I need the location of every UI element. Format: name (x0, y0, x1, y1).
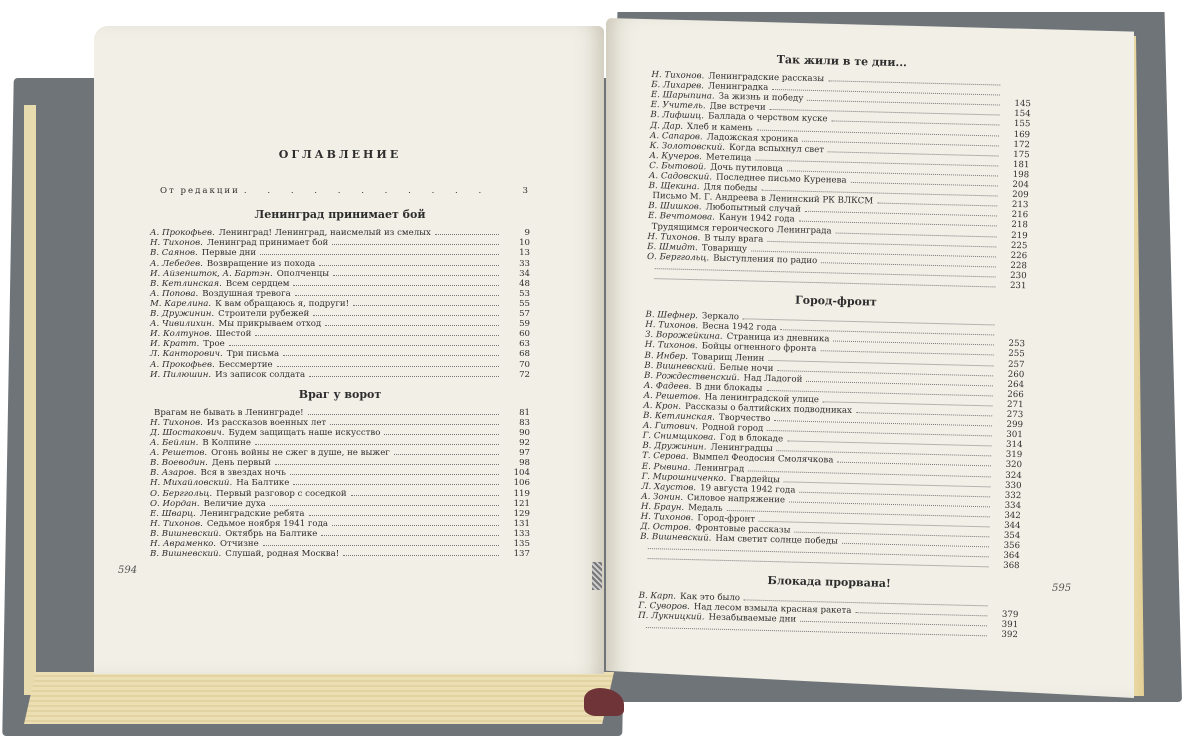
entry-page: 121 (502, 499, 530, 509)
toc-entry: А. Бейлин.В Колпине92 (150, 438, 530, 448)
entry-author: А. Прокофьев. (150, 228, 215, 238)
entry-page: 219 (1000, 230, 1028, 241)
entry-author: О. Берггольц. (150, 489, 212, 499)
section-title: Ленинград принимает бой (150, 210, 530, 220)
entry-page: 172 (1002, 139, 1030, 150)
entry-page: 216 (1000, 210, 1028, 221)
entry-page: 225 (999, 240, 1027, 251)
toc-title: ОГЛАВЛЕНИЕ (150, 150, 530, 160)
entry-leader (330, 424, 499, 425)
entry-page: 48 (502, 279, 530, 289)
entry-author: В. Кетлинская. (150, 279, 222, 289)
entry-page: 342 (993, 510, 1021, 521)
entry-page: 59 (502, 319, 530, 329)
entry-title: Возвращение из похода (207, 259, 315, 269)
toc-entry: А. Лебедев.Возвращение из похода33 (150, 259, 530, 269)
toc-entry: А. Решетов.Огонь войны не сжег в душе, н… (150, 448, 530, 458)
entry-page: 231 (998, 281, 1026, 292)
entry-leader (309, 376, 499, 377)
entry-leader (351, 495, 499, 496)
entry-page: 60 (502, 329, 530, 339)
page-block-edge-bottom (24, 672, 614, 724)
entry-page: 332 (993, 490, 1021, 501)
entry-title: Из записок солдата (215, 370, 305, 380)
entry-title: На Балтике (236, 478, 289, 488)
entry-leader (309, 515, 499, 516)
entry-page: 137 (502, 549, 530, 559)
entry-leader (270, 505, 499, 506)
entry-page: 344 (992, 520, 1020, 531)
entry-page: 83 (502, 418, 530, 428)
entry-page: 228 (999, 260, 1027, 271)
entry-author: В. Вишневский. (150, 549, 221, 559)
entry-leader (384, 434, 499, 435)
entry-page: 253 (997, 339, 1025, 350)
entry-leader (295, 295, 499, 296)
entry-author: Д. Шостакович. (150, 428, 224, 438)
entry-page: 391 (990, 619, 1018, 630)
toc-editorial-row: От редакции . . . . . . . . . . . . . . … (150, 186, 530, 198)
entry-leader (260, 254, 499, 255)
entry-page: 330 (993, 480, 1021, 491)
entry-page: 90 (502, 428, 530, 438)
entry-page: 392 (990, 629, 1018, 640)
entry-author: М. Карелина. (150, 299, 211, 309)
toc-entry: М. Карелина.К вам обращаюсь я, подруги!5… (150, 299, 530, 309)
entry-page: 260 (996, 369, 1024, 380)
entry-page: 68 (502, 349, 530, 359)
entry-title: День первый (212, 458, 271, 468)
entry-page: 133 (502, 529, 530, 539)
entry-leader (263, 545, 499, 546)
entry-title: Ленинград! Ленинград, наисмелый из смелы… (219, 228, 431, 238)
entry-leader (877, 203, 997, 207)
entry-page: 98 (502, 458, 530, 468)
entry-page: 131 (502, 519, 530, 529)
entry-leader (277, 366, 499, 367)
entry-leader (290, 474, 499, 475)
entry-title: Шестой (216, 329, 251, 339)
entry-leader (332, 525, 499, 526)
entry-page: 119 (502, 489, 530, 499)
entry-title: Первый разговор с соседкой (216, 489, 346, 499)
entry-title: Слушай, родная Москва! (225, 549, 339, 559)
entry-page: 266 (996, 389, 1024, 400)
toc-entry: Н. Тихонов.Ленинград принимает бой10 (150, 238, 530, 248)
entry-page: 9 (502, 228, 530, 238)
entry-title: Незабываемые дни (708, 612, 796, 624)
entry-leader (293, 285, 499, 286)
entry-page: 63 (502, 339, 530, 349)
entry-author: Е. Шварц. (150, 509, 196, 519)
entry-page: 33 (502, 259, 530, 269)
page-number-right: 595 (1052, 583, 1071, 594)
toc-entry: Л. Канторович.Три письма68 (150, 349, 530, 359)
entry-leader (308, 414, 499, 415)
entry-page: 273 (995, 409, 1023, 420)
entry-author: А. Бейлин. (150, 438, 198, 448)
entry-leader (319, 265, 499, 266)
entry-page: 319 (994, 450, 1022, 461)
entry-author: Н. Тихонов. (150, 519, 203, 529)
entry-leader (293, 484, 499, 485)
entry-page: 324 (994, 470, 1022, 481)
toc-entry: О. Иордан.Величие духа121 (150, 499, 530, 509)
entry-page: 55 (502, 299, 530, 309)
entry-author: И. Айзеншток, А. Бартэн. (150, 269, 273, 279)
toc-entry: И. Колтунов.Шестой60 (150, 329, 530, 339)
entry-page: 70 (502, 360, 530, 370)
entry-author: Н. Авраменко. (150, 539, 216, 549)
entry-page: 264 (996, 379, 1024, 390)
entry-title: Строители рубежей (218, 309, 309, 319)
entry-author: А. Чивилихин. (150, 319, 214, 329)
entry-page: 57 (502, 309, 530, 319)
entry-title: К вам обращаюсь я, подруги! (215, 299, 349, 309)
entry-page: 204 (1001, 180, 1029, 191)
entry-page: 364 (992, 551, 1020, 562)
left-sections: Ленинград принимает бойА. Прокофьев.Лени… (150, 210, 530, 559)
entry-title: Огонь войны не сжег в душе, не выжег (211, 448, 390, 458)
entry-leader (332, 244, 499, 245)
entry-leader (435, 234, 499, 235)
entry-page: 154 (1002, 109, 1030, 120)
entry-title: Врагам не бывать в Ленинграде! (154, 408, 304, 418)
entry-page: 255 (997, 349, 1025, 360)
toc-entry: А. Прокофьев.Ленинград! Ленинград, наисм… (150, 228, 530, 238)
entry-title: Ленинград принимает бой (207, 238, 328, 248)
entry-leader (648, 558, 989, 567)
entry-page: 53 (502, 289, 530, 299)
toc-entry: Н. Авраменко.Отчизне135 (150, 539, 530, 549)
entry-page (997, 326, 1025, 327)
entry-page: 301 (995, 430, 1023, 441)
entry-leader (229, 345, 499, 346)
entry-title: Трое (203, 339, 225, 349)
entry-page: 10 (502, 238, 530, 248)
entry-page (1003, 86, 1031, 87)
entry-leader (325, 325, 499, 326)
toc-entry: В. Воеводин.День первый98 (150, 458, 530, 468)
entry-leader (255, 335, 499, 336)
toc-entry: Д. Шостакович.Будем защищать наше искусс… (150, 428, 530, 438)
entry-page: 104 (502, 468, 530, 478)
entry-author: В. Воеводин. (150, 458, 208, 468)
entry-author: И. Колтунов. (150, 329, 212, 339)
entry-title: Мы прикрываем отход (218, 319, 321, 329)
toc-entry: А. Чивилихин.Мы прикрываем отход59 (150, 319, 530, 329)
entry-leader (333, 275, 499, 276)
entry-title: Воздушная тревога (202, 289, 291, 299)
section-title: Блокада прорвана! (639, 572, 1019, 591)
entry-author: О. Берггольц. (647, 252, 709, 264)
entry-page: 175 (1001, 149, 1029, 160)
entry-author: О. Иордан. (150, 499, 200, 509)
entry-page: 72 (502, 370, 530, 380)
entry-author: И. Пилюшин. (150, 370, 211, 380)
entry-author: А. Прокофьев. (150, 360, 215, 370)
entry-author: В. Вишневский. (150, 529, 221, 539)
entry-author: Л. Канторович. (150, 349, 223, 359)
right-sections: Так жили в те дни...Н. Тихонов.Ленинград… (638, 52, 1032, 640)
page-number-left: 594 (118, 565, 137, 576)
toc-entry: И. Пилюшин.Из записок солдата72 (150, 370, 530, 380)
entry-page: 129 (502, 509, 530, 519)
toc-entry: Врагам не бывать в Ленинграде!81 (150, 408, 530, 418)
entry-author: А. Решетов. (150, 448, 207, 458)
entry-title: Бессмертие (219, 360, 273, 370)
entry-author: В. Саянов. (150, 248, 198, 258)
entry-author: А. Лебедев. (150, 259, 203, 269)
entry-leader (313, 315, 499, 316)
entry-leader (343, 555, 499, 556)
entry-page: 320 (994, 460, 1022, 471)
toc-entry: Н. Тихонов.Из рассказов военных лет83 (150, 418, 530, 428)
toc-entry: И. Кратт.Трое63 (150, 339, 530, 349)
entry-page: 92 (502, 438, 530, 448)
entry-title: От редакции (160, 186, 240, 196)
entry-page: 3 (502, 186, 530, 196)
entry-page: 354 (992, 531, 1020, 542)
section-title: Город-фронт (646, 292, 1026, 311)
entry-author: И. Кратт. (150, 339, 199, 349)
entry-page: 34 (502, 269, 530, 279)
entry-leader (283, 355, 499, 356)
entry-page: 368 (991, 561, 1019, 572)
entry-title: Всем сердцем (226, 279, 290, 289)
toc-entry: Е. Шварц.Ленинградские ребята129 (150, 509, 530, 519)
toc-entry: А. Попова.Воздушная тревога53 (150, 289, 530, 299)
entry-page: 218 (1000, 220, 1028, 231)
toc-entry: И. Айзеншток, А. Бартэн.Ополченцы34 (150, 269, 530, 279)
entry-page: 356 (992, 541, 1020, 552)
section-title: Враг у ворот (150, 390, 530, 400)
entry-author: Н. Тихонов. (150, 238, 203, 248)
entry-title: Октябрь на Балтике (225, 529, 317, 539)
toc-entry: В. Кетлинская.Всем сердцем48 (150, 279, 530, 289)
entry-leader (255, 444, 499, 445)
toc-entry: В. Азаров.Вся в звездах ночь104 (150, 468, 530, 478)
entry-page: 181 (1001, 159, 1029, 170)
entry-page: 198 (1001, 170, 1029, 181)
entry-page: 145 (1003, 99, 1031, 110)
left-toc: ОГЛАВЛЕНИЕ От редакции . . . . . . . . .… (150, 150, 530, 559)
entry-page: 169 (1002, 129, 1030, 140)
toc-entry: О. Берггольц.Первый разговор с соседкой1… (150, 489, 530, 499)
entry-leader: . . . . . . . . . . . . . . . . . (244, 186, 499, 196)
entry-leader (275, 464, 499, 465)
entry-page: 135 (502, 539, 530, 549)
entry-leader (654, 278, 995, 287)
entry-author: В. Дружинин. (150, 309, 214, 319)
entry-page: 209 (1000, 190, 1028, 201)
toc-entry: В. Вишневский.Октябрь на Балтике133 (150, 529, 530, 539)
entry-title: Вся в звездах ночь (201, 468, 286, 478)
entry-author: Н. Тихонов. (150, 418, 203, 428)
entry-page: 226 (999, 250, 1027, 261)
entry-page: 81 (502, 408, 530, 418)
entry-title: Отчизне (220, 539, 259, 549)
entry-page: 155 (1002, 119, 1030, 130)
entry-author: В. Вишневский. (640, 532, 711, 544)
entry-page: 97 (502, 448, 530, 458)
toc-entry: А. Прокофьев.Бессмертие70 (150, 360, 530, 370)
entry-page: 379 (990, 609, 1018, 620)
entry-title: Будем защищать наше искусство (228, 428, 380, 438)
page-block-edge-left (24, 105, 36, 695)
entry-page: 314 (994, 440, 1022, 451)
entry-author: В. Азаров. (150, 468, 197, 478)
entry-page: 106 (502, 478, 530, 488)
toc-entry: Н. Михайловский.На Балтике106 (150, 478, 530, 488)
entry-page: 213 (1000, 200, 1028, 211)
entry-leader (321, 535, 499, 536)
entry-title: Величие духа (204, 499, 266, 509)
entry-page: 257 (996, 359, 1024, 370)
toc-entry: В. Саянов.Первые дни13 (150, 248, 530, 258)
entry-title: В Колпине (202, 438, 251, 448)
entry-page (991, 606, 1019, 607)
entry-title: Ленинградские ребята (200, 509, 305, 519)
entry-page: 334 (993, 500, 1021, 511)
entry-page: 230 (999, 270, 1027, 281)
entry-title: Ополченцы (277, 269, 329, 279)
entry-author: Н. Михайловский. (150, 478, 232, 488)
entry-title: Три письма (227, 349, 279, 359)
entry-author: П. Лукницкий. (638, 611, 705, 623)
entry-leader (353, 305, 499, 306)
entry-page: 271 (995, 399, 1023, 410)
entry-page (997, 336, 1025, 337)
right-toc: Так жили в те дни...Н. Тихонов.Ленинград… (638, 52, 1032, 640)
toc-entry: В. Вишневский.Слушай, родная Москва!137 (150, 549, 530, 559)
entry-page: 13 (502, 248, 530, 258)
entry-page (1003, 96, 1031, 97)
entry-title: Из рассказов военных лет (207, 418, 326, 428)
toc-entry: В. Дружинин.Строители рубежей57 (150, 309, 530, 319)
entry-page: 299 (995, 420, 1023, 431)
entry-title: Седьмое ноября 1941 года (207, 519, 328, 529)
entry-leader (394, 454, 499, 455)
entry-title: Первые дни (202, 248, 256, 258)
entry-author: А. Попова. (150, 289, 198, 299)
library-stamp (592, 562, 602, 590)
toc-entry: Н. Тихонов.Седьмое ноября 1941 года131 (150, 519, 530, 529)
